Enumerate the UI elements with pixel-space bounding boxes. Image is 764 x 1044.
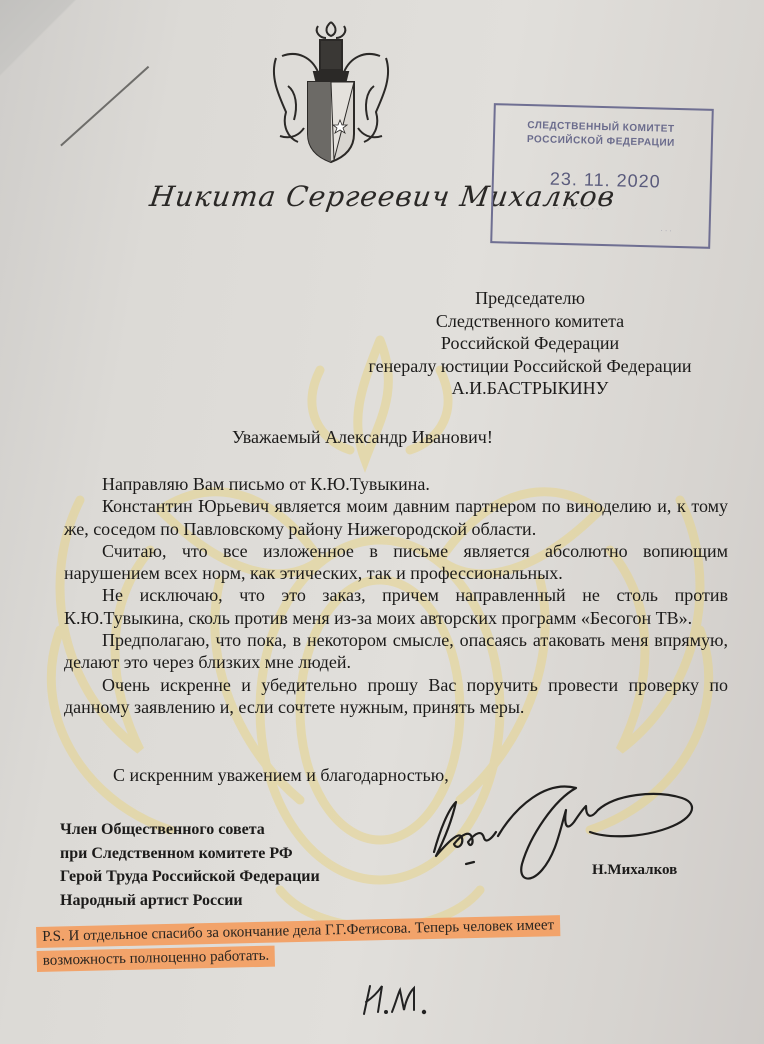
body-paragraph: Предполагаю, что пока, в некотором смысл…	[64, 629, 728, 674]
addressee-line: Российской Федерации	[330, 332, 730, 355]
addressee-line: А.И.БАСТРЫКИНУ	[330, 377, 730, 400]
postscript-line-2: возможность полноценно работать.	[37, 946, 276, 972]
stamp-org-line1: СЛЕДСТВЕННЫЙ КОМИТЕТ	[527, 120, 674, 135]
body-paragraph: Направляю Вам письмо от К.Ю.Тувыкина.	[64, 473, 728, 495]
registration-stamp: СЛЕДСТВЕННЫЙ КОМИТЕТ РОССИЙСКОЙ ФЕДЕРАЦИ…	[490, 103, 714, 249]
postscript: P.S. И отдельное спасибо за окончание де…	[36, 909, 727, 973]
body-paragraph: Считаю, что все изложенное в письме явля…	[64, 540, 728, 585]
addressee-block: Председателю Следственного комитета Росс…	[330, 287, 730, 400]
handwritten-initials-icon	[358, 980, 438, 1020]
stamp-org-line2: РОССИЙСКОЙ ФЕДЕРАЦИИ	[527, 134, 675, 149]
closing-line: С искренним уважением и благодарностью,	[113, 765, 449, 786]
credential-line: при Следственном комитете РФ	[60, 842, 320, 866]
stamp-faint-text: · · · · · · · · · · · ·	[553, 205, 603, 213]
credential-line: Народный артист России	[60, 889, 320, 913]
stamp-date: 23. 11. 2020	[550, 169, 661, 193]
postscript-line-1: P.S. И отдельное спасибо за окончание де…	[36, 915, 560, 948]
credential-line: Герой Труда Российской Федерации	[60, 865, 320, 889]
credential-line: Член Общественного совета	[60, 818, 320, 842]
addressee-line: Председателю	[330, 287, 730, 310]
coat-of-arms-icon	[268, 16, 394, 164]
body-paragraph: Не исключаю, что это заказ, причем напра…	[64, 584, 728, 629]
body-paragraph: Константин Юрьевич является моим давним …	[64, 495, 728, 540]
salutation: Уважаемый Александр Иванович!	[232, 427, 493, 448]
signer-name: Н.Михалков	[592, 862, 677, 879]
letter-body: Направляю Вам письмо от К.Ю.Тувыкина. Ко…	[64, 473, 728, 718]
credentials-block: Член Общественного совета при Следственн…	[60, 818, 320, 912]
addressee-line: генералу юстиции Российской Федерации	[330, 355, 730, 378]
stamp-faint-text-2: · · ·	[660, 228, 671, 235]
addressee-line: Следственного комитета	[330, 310, 730, 333]
body-paragraph: Очень искренне и убедительно прошу Вас п…	[64, 674, 728, 719]
